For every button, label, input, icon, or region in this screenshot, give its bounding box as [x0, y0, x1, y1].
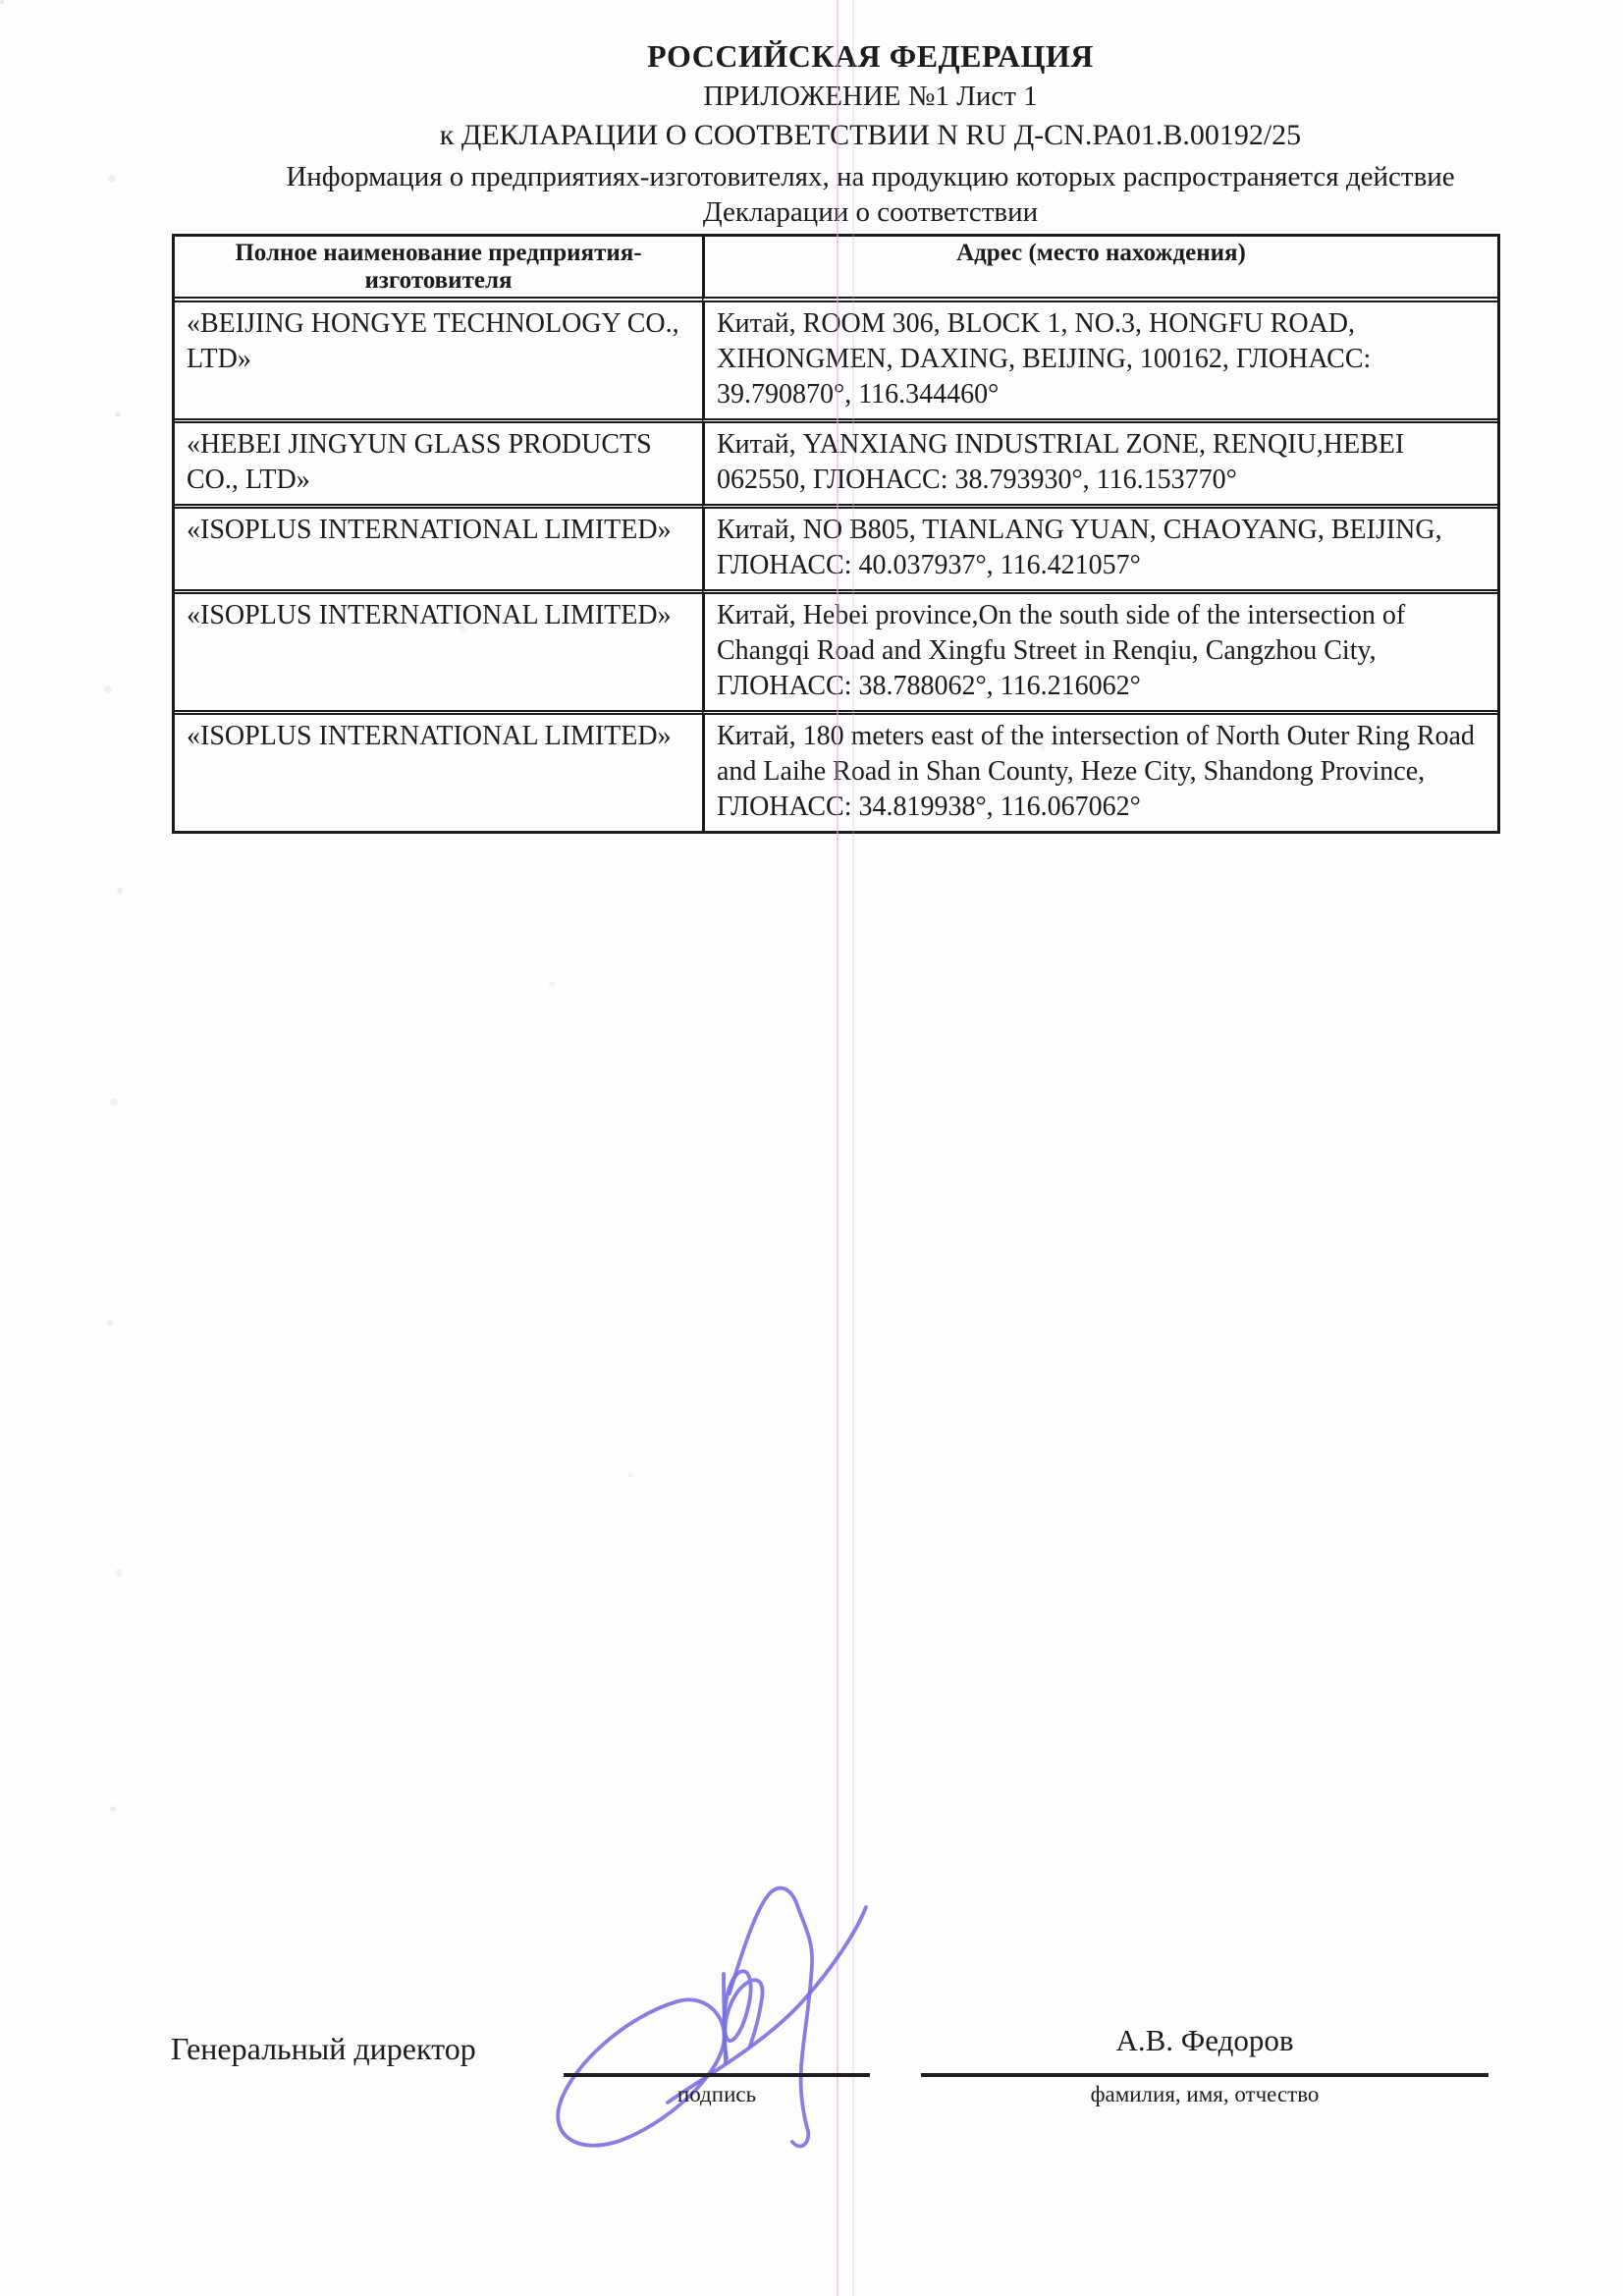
manufacturer-name-cell: «ISOPLUS INTERNATIONAL LIMITED» — [175, 594, 702, 715]
column-header-manufacturer-name: Полное наименование предприятия-изготови… — [175, 237, 702, 302]
manufacturer-address-cell: Китай, 180 meters east of the intersecti… — [702, 715, 1497, 831]
manufacturer-address-cell: Китай, NO B805, TIANLANG YUAN, CHAOYANG,… — [702, 509, 1497, 594]
document-header: РОССИЙСКАЯ ФЕДЕРАЦИЯ ПРИЛОЖЕНИЕ №1 Лист … — [118, 0, 1623, 230]
director-role-label: Генеральный директор — [171, 2031, 476, 2067]
name-line — [921, 2073, 1488, 2077]
manufacturers-table: Полное наименование предприятия-изготови… — [172, 234, 1500, 834]
declaration-number-line: к ДЕКЛАРАЦИИ О СООТВЕТСТВИИ N RU Д-CN.РА… — [118, 118, 1623, 153]
manufacturer-name-cell: «HEBEI JINGYUN GLASS PRODUCTS CO., LTD» — [175, 423, 702, 509]
director-name: А.В. Федоров — [921, 2023, 1488, 2058]
manufacturer-address-cell: Китай, YANXIANG INDUSTRIAL ZONE, RENQIU,… — [702, 423, 1497, 509]
signature-ink — [530, 1881, 884, 2160]
signature-caption: подпись — [564, 2082, 870, 2107]
signature-line — [564, 2073, 870, 2077]
country-title: РОССИЙСКАЯ ФЕДЕРАЦИЯ — [118, 37, 1623, 75]
manufacturer-address-cell: Китай, ROOM 306, BLOCK 1, NO.3, HONGFU R… — [702, 302, 1497, 423]
name-caption: фамилия, имя, отчество — [921, 2082, 1488, 2107]
info-line-2: Декларации о соответствии — [118, 194, 1623, 230]
manufacturer-address-cell: Китай, Hebei province,On the south side … — [702, 594, 1497, 715]
manufacturer-name-cell: «ISOPLUS INTERNATIONAL LIMITED» — [175, 715, 702, 831]
column-header-address: Адрес (место нахождения) — [702, 237, 1497, 302]
manufacturer-name-cell: «BEIJING HONGYE TECHNOLOGY CO., LTD» — [175, 302, 702, 423]
info-line-1: Информация о предприятиях-изготовителях,… — [118, 159, 1623, 194]
appendix-line: ПРИЛОЖЕНИЕ №1 Лист 1 — [118, 79, 1623, 114]
table-row: «HEBEI JINGYUN GLASS PRODUCTS CO., LTD» … — [175, 423, 1497, 509]
table-row: «ISOPLUS INTERNATIONAL LIMITED» Китай, N… — [175, 509, 1497, 594]
table-row: «BEIJING HONGYE TECHNOLOGY CO., LTD» Кит… — [175, 302, 1497, 423]
manufacturer-name-cell: «ISOPLUS INTERNATIONAL LIMITED» — [175, 509, 702, 594]
scanned-document-page: РОССИЙСКАЯ ФЕДЕРАЦИЯ ПРИЛОЖЕНИЕ №1 Лист … — [0, 0, 1623, 2296]
scan-noise-speckles — [0, 0, 4, 4]
table-row: «ISOPLUS INTERNATIONAL LIMITED» Китай, H… — [175, 594, 1497, 715]
table-row: «ISOPLUS INTERNATIONAL LIMITED» Китай, 1… — [175, 715, 1497, 831]
table-header-row: Полное наименование предприятия-изготови… — [175, 237, 1497, 302]
